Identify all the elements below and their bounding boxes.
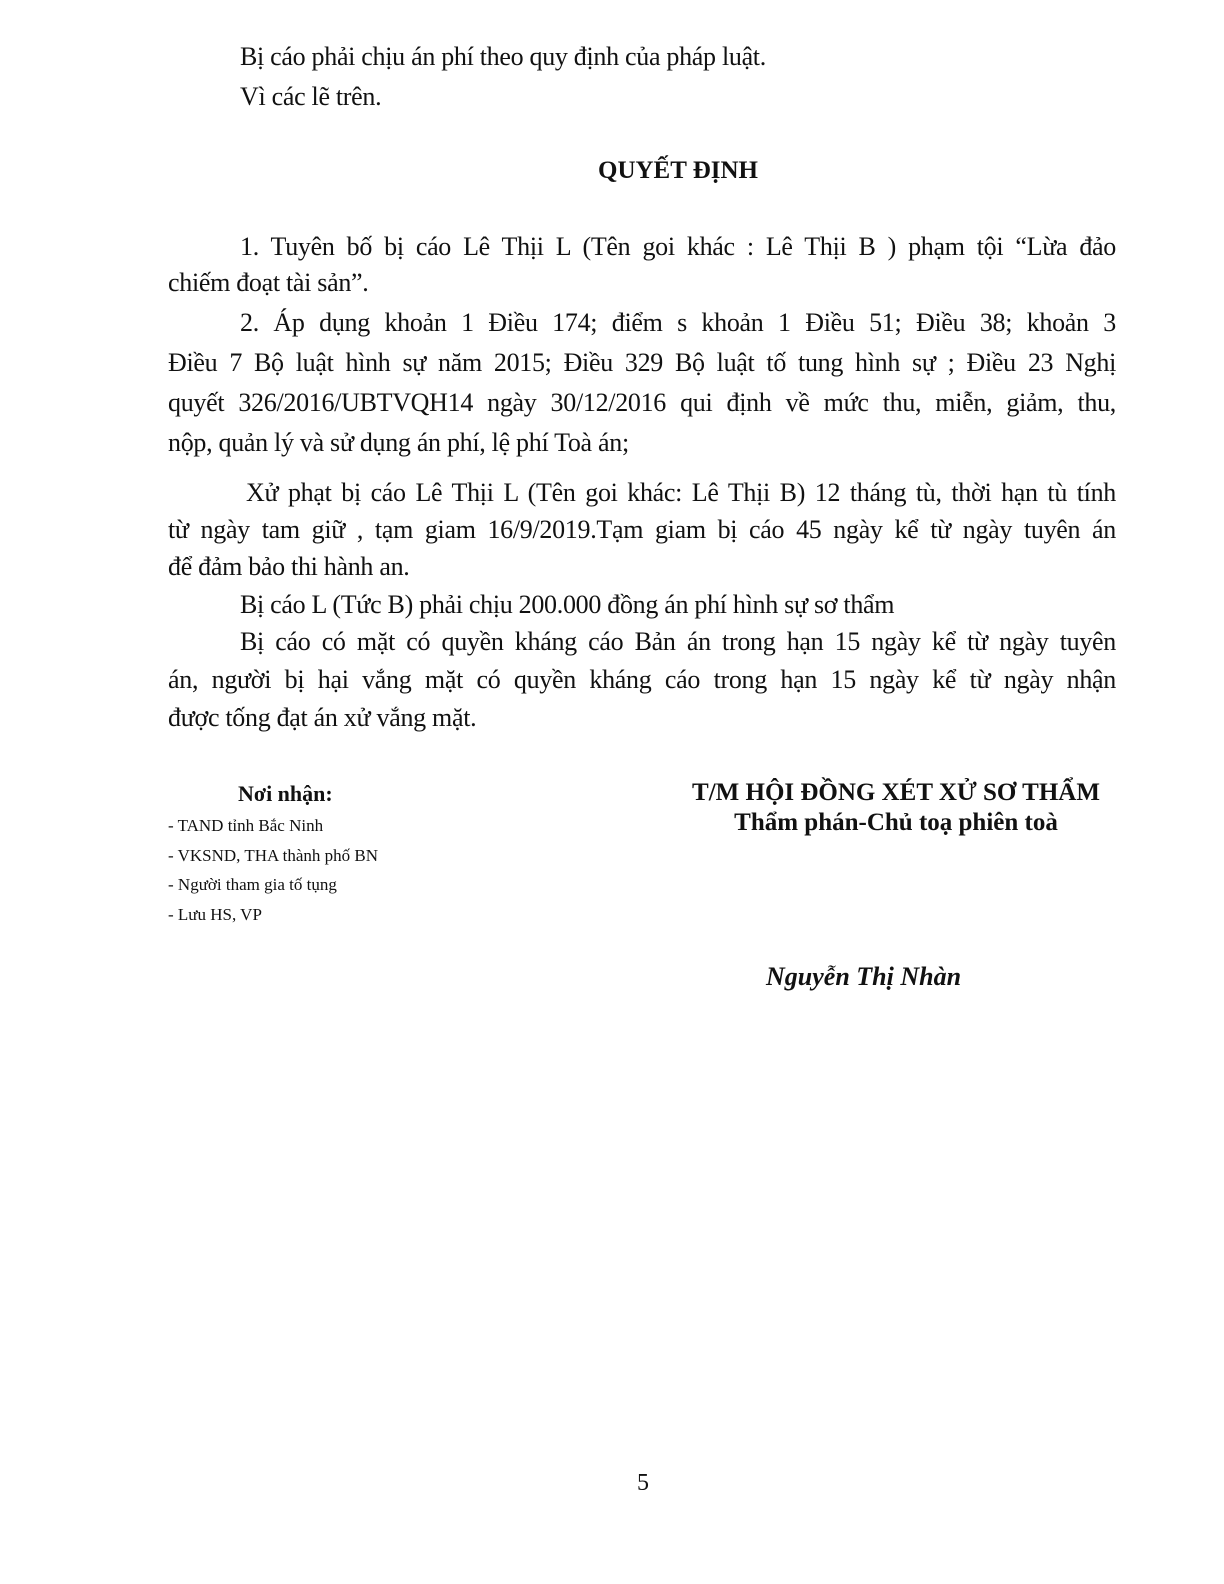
court-fee-line: Bị cáo L (Tức B) phải chịu 200.000 đồng … [240, 590, 894, 620]
sentence-line3: để đảm bảo thi hành an. [168, 552, 409, 582]
item1-line2: chiếm đoạt tài sản”. [168, 268, 368, 298]
recipient-item: - Lưu HS, VP [168, 904, 262, 926]
recipient-item: - Người tham gia tố tụng [168, 874, 337, 896]
signature-role: Thẩm phán-Chủ toạ phiên toà [680, 808, 1112, 838]
sentence-line2: từ ngày tam giữ , tạm giam 16/9/2019.Tạm… [168, 515, 1116, 545]
recipient-item: - VKSND, THA thành phố BN [168, 845, 378, 867]
appeal-line3: được tống đạt án xử vắng mặt. [168, 703, 476, 733]
recipients-title: Nơi nhận: [238, 780, 333, 808]
intro-line-fee: Bị cáo phải chịu án phí theo quy định củ… [240, 42, 766, 72]
item2-line3: quyết 326/2016/UBTVQH14 ngày 30/12/2016 … [168, 388, 1116, 418]
intro-line-reasons: Vì các lẽ trên. [240, 82, 381, 112]
recipient-item: - TAND tỉnh Bắc Ninh [168, 815, 323, 837]
sentence-line1: Xử phạt bị cáo Lê Thịi L (Tên goi khác: … [246, 478, 1116, 508]
item1-line1: 1. Tuyên bố bị cáo Lê Thịi L (Tên goi kh… [240, 232, 1116, 262]
appeal-line2: án, người bị hại vắng mặt có quyền kháng… [168, 665, 1116, 695]
page-number: 5 [0, 1469, 1224, 1497]
appeal-line1: Bị cáo có mặt có quyền kháng cáo Bản án … [240, 627, 1116, 657]
item2-line4: nộp, quản lý và sử dụng án phí, lệ phí T… [168, 428, 629, 458]
item2-line2: Điều 7 Bộ luật hình sự năm 2015; Điều 32… [168, 348, 1116, 378]
decision-heading: QUYẾT ĐỊNH [0, 156, 1224, 186]
item2-line1: 2. Áp dụng khoản 1 Điều 174; điểm s khoả… [240, 308, 1116, 338]
signature-name: Nguyễn Thị Nhàn [766, 962, 961, 992]
document-page: Bị cáo phải chịu án phí theo quy định củ… [0, 0, 1224, 1584]
signature-council-title: T/M HỘI ĐỒNG XÉT XỬ SƠ THẨM [680, 778, 1112, 808]
